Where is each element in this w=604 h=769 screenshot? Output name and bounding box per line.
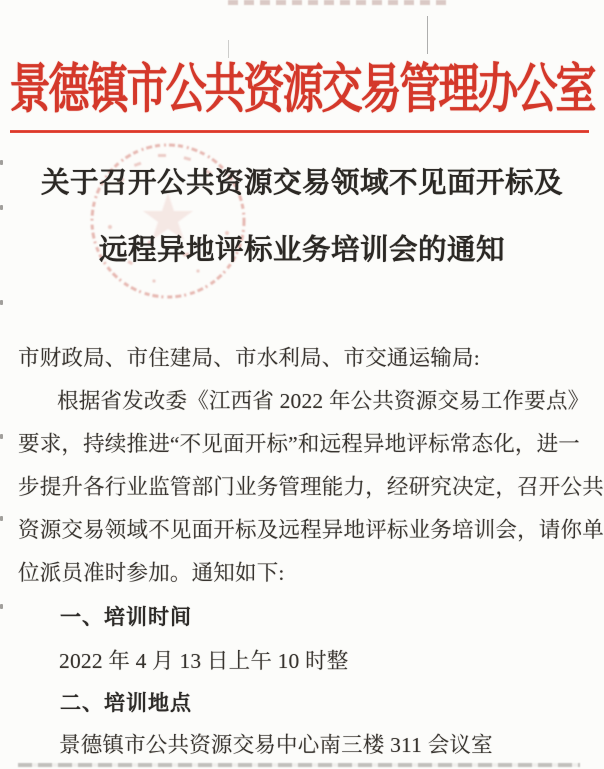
section-heading-training-time: 一、培训时间	[60, 601, 192, 631]
section-content-training-location: 景德镇市公共资源交易中心南三楼 311 会议室	[59, 728, 493, 759]
letterhead-divider-rule	[10, 130, 589, 133]
salutation-recipients: 市财政局、市住建局、市水利局、市交通运输局:	[18, 341, 480, 372]
body-paragraph-line: 资源交易领域不见面开标及远程异地评标业务培训会，请你单	[18, 513, 604, 544]
section-content-training-time: 2022 年 4 月 13 日上午 10 时整	[59, 644, 348, 675]
scan-artifact-speck	[0, 604, 3, 609]
scanned-document-page: 景德镇市公共资源交易管理办公室 关于	[0, 0, 604, 769]
scan-artifact-speck	[0, 205, 3, 210]
scan-artifact-top-cutoff-text	[228, 0, 446, 5]
body-paragraph-line: 要求，持续推进“不见面开标”和远程异地评标常态化，进一	[18, 427, 580, 458]
scan-artifact-speck	[0, 300, 3, 305]
scan-artifact-bottom-cutoff-text	[18, 763, 580, 767]
body-paragraph-line: 根据省发改委《江西省 2022 年公共资源交易工作要点》	[57, 384, 589, 415]
body-paragraph-line: 位派员准时参加。通知如下:	[18, 556, 285, 587]
scan-artifact-speck	[0, 516, 3, 521]
section-heading-training-location: 二、培训地点	[60, 687, 192, 717]
scan-artifact-speck	[0, 434, 3, 439]
document-title-line1: 关于召开公共资源交易领域不见面开标及	[0, 160, 604, 201]
body-paragraph-line: 步提升各行业监管部门业务管理能力，经研究决定，召开公共	[18, 470, 604, 501]
document-title-line2: 远程异地评标业务培训会的通知	[0, 227, 604, 268]
letterhead-office-name: 景德镇市公共资源交易管理办公室	[0, 46, 604, 123]
